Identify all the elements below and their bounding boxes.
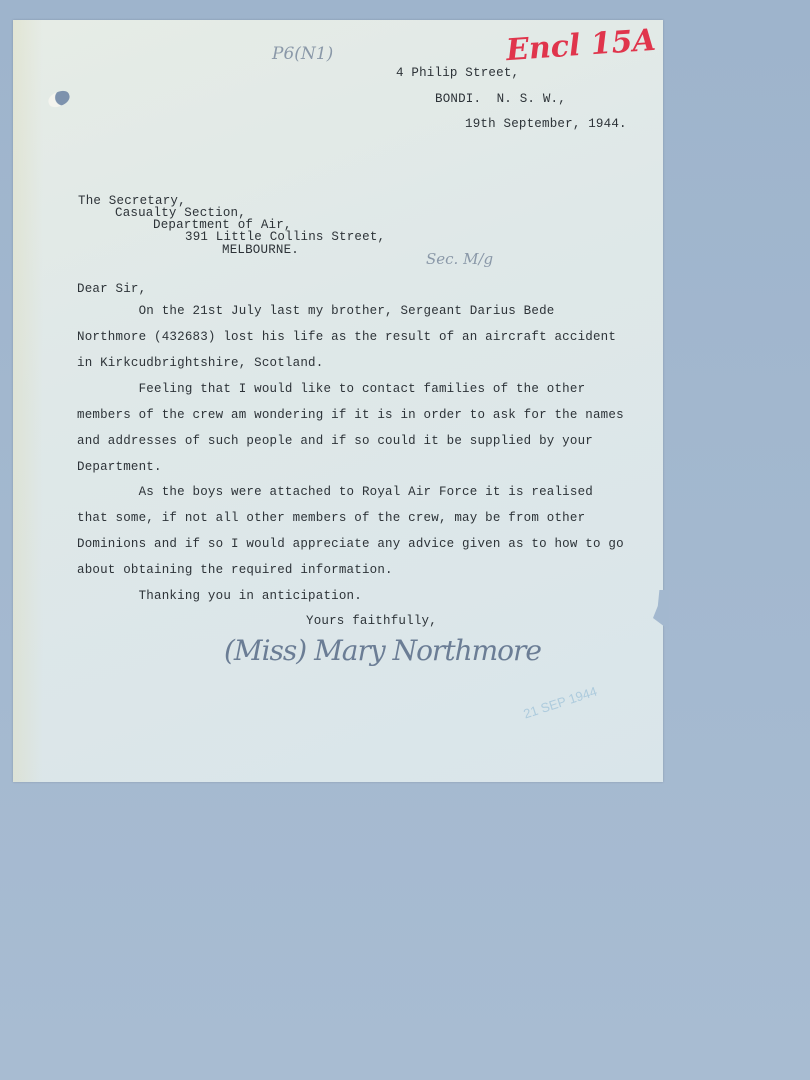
paper-edge-shading: [13, 20, 43, 782]
body-line: Northmore (432683) lost his life as the …: [77, 330, 616, 344]
letter-page: [13, 20, 663, 782]
pencil-ref-annotation: P6(N1): [272, 44, 333, 64]
closing: Yours faithfully,: [306, 614, 437, 628]
body-line: As the boys were attached to Royal Air F…: [77, 485, 593, 499]
recipient-line-4: 391 Little Collins Street,: [185, 230, 385, 244]
torn-edge: [653, 590, 669, 630]
body-line: Thanking you in anticipation.: [77, 589, 362, 603]
body-line: that some, if not all other members of t…: [77, 511, 585, 525]
body-line: members of the crew am wondering if it i…: [77, 408, 624, 422]
salutation: Dear Sir,: [77, 282, 146, 296]
letter-date: 19th September, 1944.: [465, 117, 627, 131]
signature: (Miss) Mary Northmore: [224, 634, 541, 667]
body-line: Department.: [77, 460, 162, 474]
body-line: about obtaining the required information…: [77, 563, 393, 577]
body-line: Feeling that I would like to contact fam…: [77, 382, 585, 396]
pencil-note: Sec. M/g: [426, 250, 493, 268]
body-line: in Kirkcudbrightshire, Scotland.: [77, 356, 323, 370]
sender-address-line-1: 4 Philip Street,: [396, 66, 519, 80]
recipient-line-5: MELBOURNE.: [222, 243, 299, 257]
body-line: On the 21st July last my brother, Sergea…: [77, 304, 554, 318]
body-line: and addresses of such people and if so c…: [77, 434, 593, 448]
sender-address-line-2: BONDI. N. S. W.,: [435, 92, 566, 106]
body-line: Dominions and if so I would appreciate a…: [77, 537, 624, 551]
